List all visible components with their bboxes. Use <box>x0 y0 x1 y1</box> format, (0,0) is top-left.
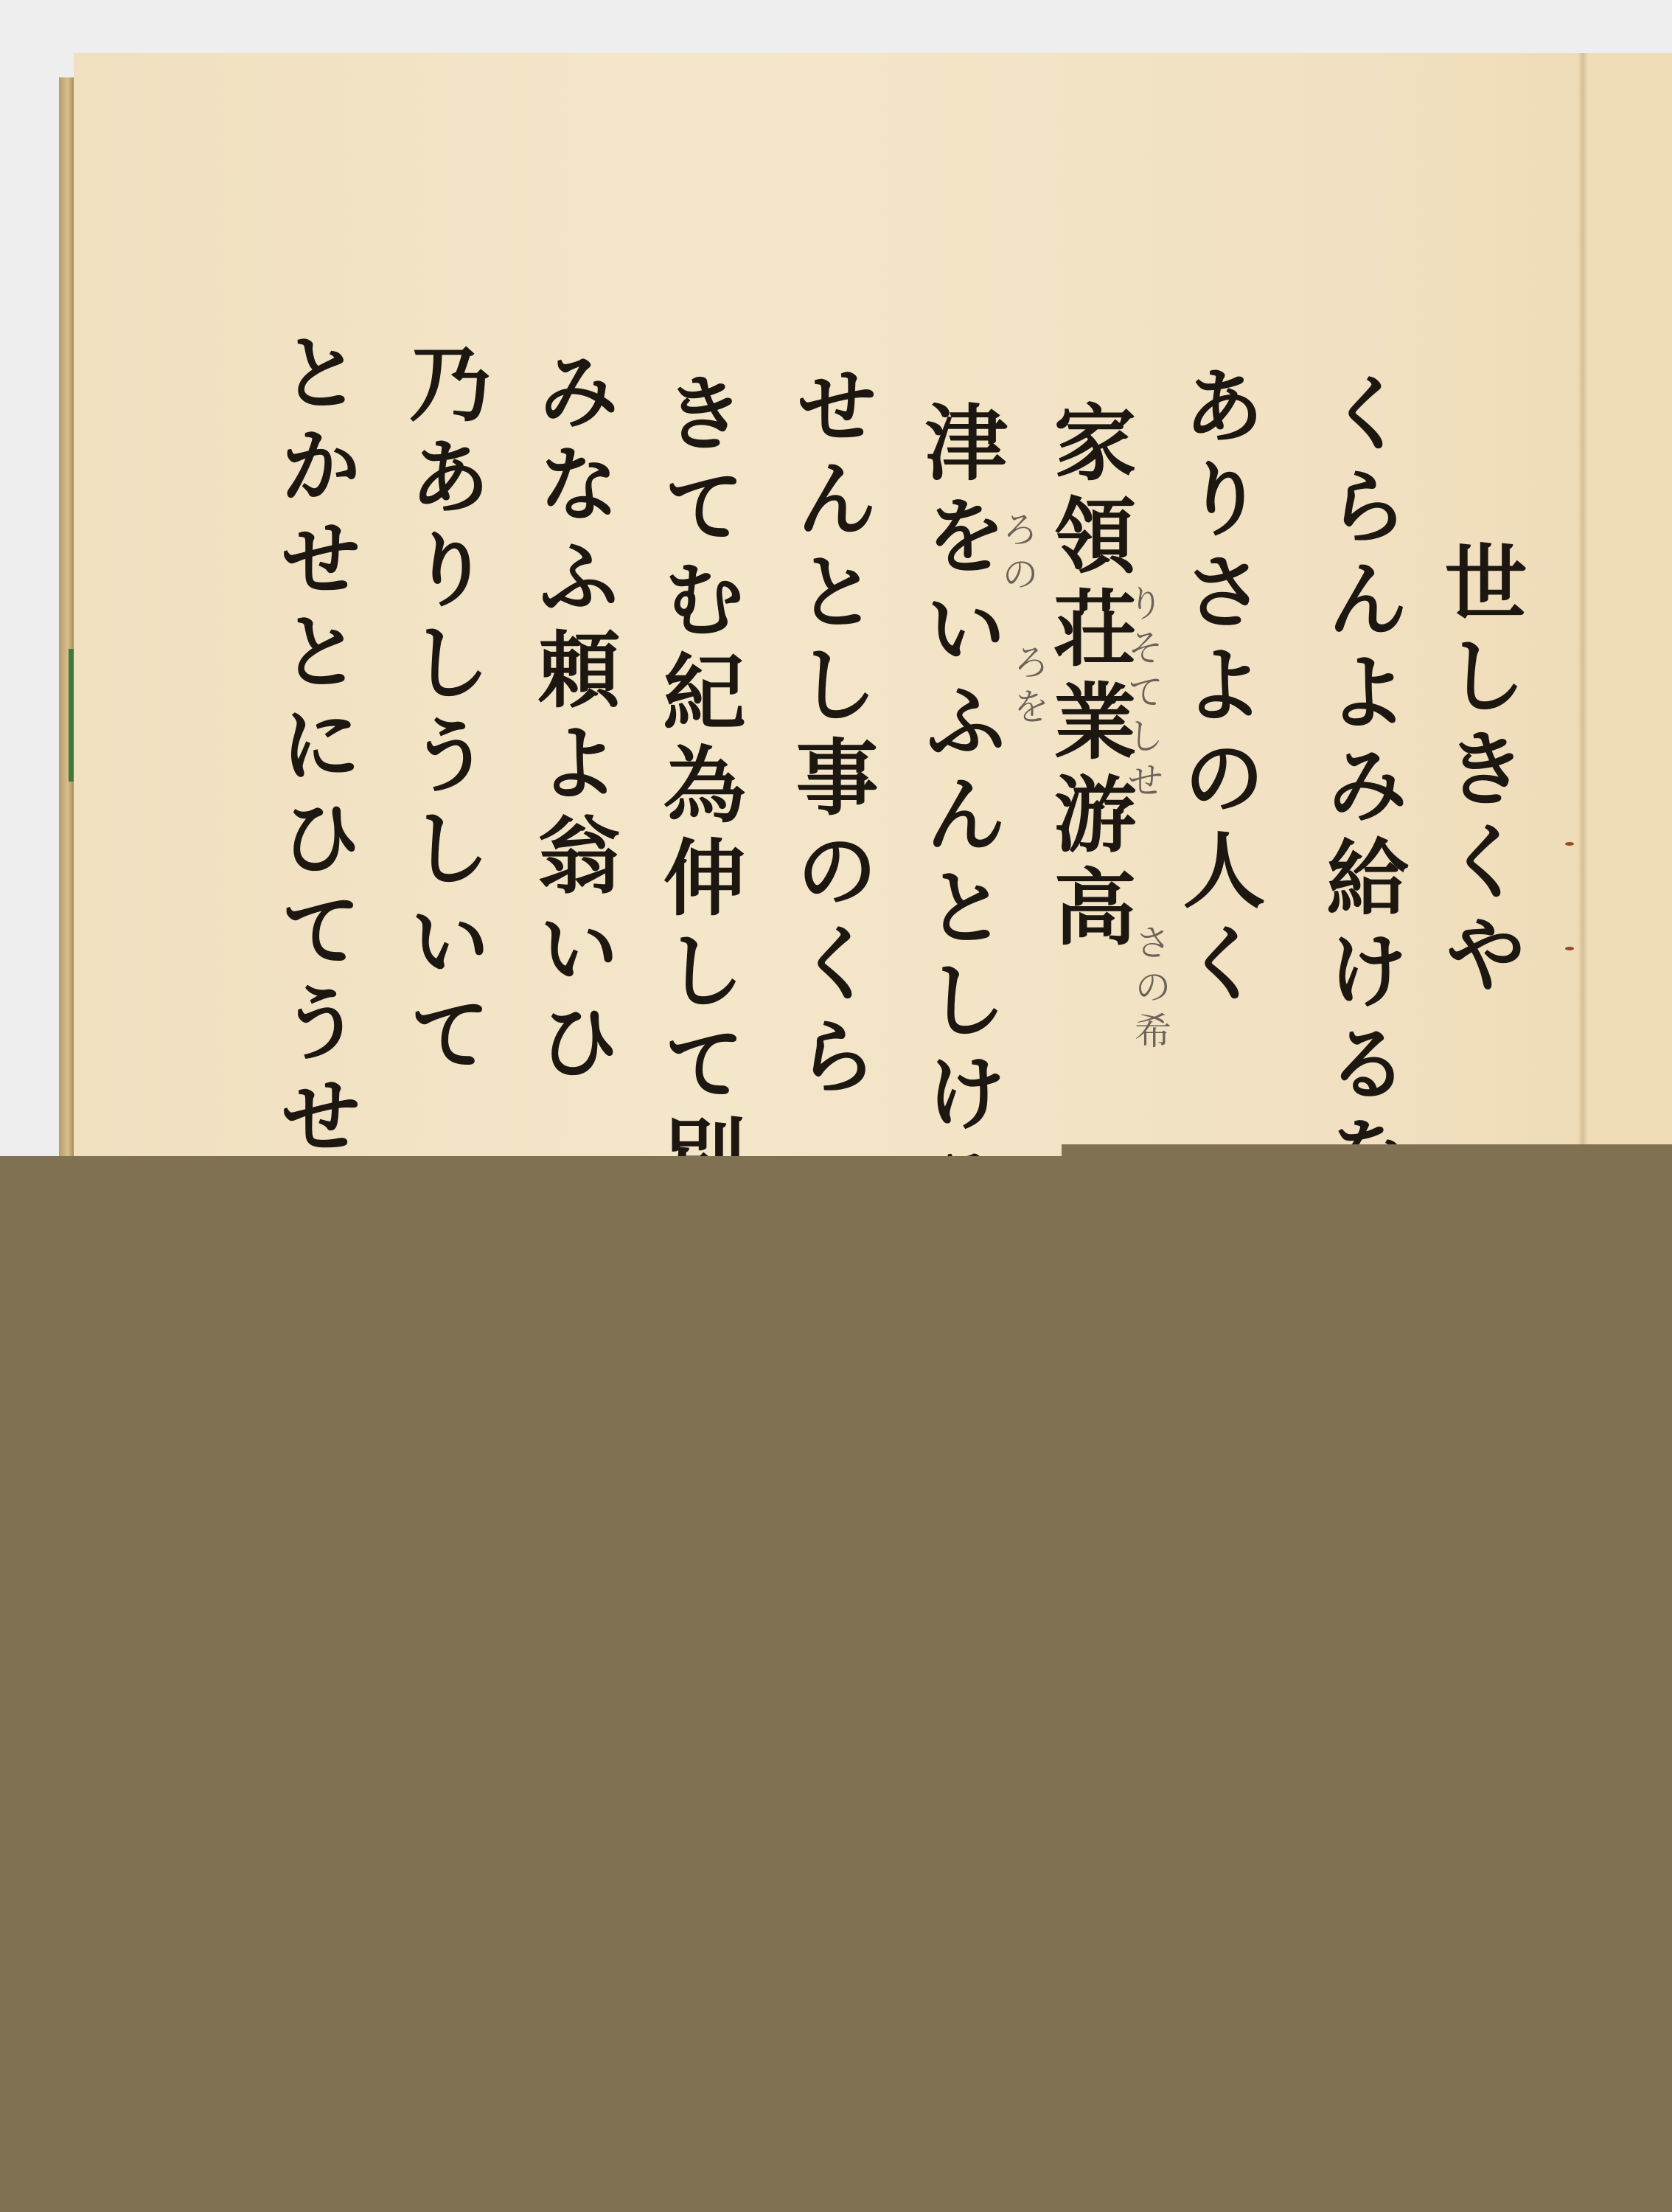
text-column: 家領荘業游高 <box>1047 400 1129 957</box>
redaction-block <box>1062 1144 1672 1159</box>
text-column: 乃ありしうしいて <box>402 341 484 1084</box>
page-fold <box>1578 53 1588 1159</box>
text-column: きてむ紀為伸して別 <box>656 370 739 1206</box>
redaction-block <box>0 1156 1672 2212</box>
gloss-annotation: ろの <box>999 510 1036 599</box>
gloss-annotation: さの希 <box>1132 923 1168 1056</box>
text-column: 津をいふんとしける <box>918 400 1000 1236</box>
text-column: ありさよの人く <box>1176 363 1258 1013</box>
gloss-annotation: りそてしせ <box>1124 584 1161 805</box>
text-column: せんとし事のくら <box>789 363 871 1106</box>
gloss-annotation: ろを <box>1010 643 1047 731</box>
text-column: くらんよみ給けるを <box>1320 370 1402 1206</box>
facing-page <box>1588 53 1672 1159</box>
text-column: みなふ頼よ翁いひ <box>531 348 613 1091</box>
text-column: とかせとにひてうせに <box>273 330 355 1259</box>
text-column: 世しきくや <box>1438 540 1520 1004</box>
binding-hole <box>1565 947 1574 950</box>
binding-hole <box>1565 842 1574 846</box>
manuscript-page: 世しきくや くらんよみ給けるを ありさよの人く 家領荘業游高 津をいふんとしける… <box>74 53 1672 1159</box>
